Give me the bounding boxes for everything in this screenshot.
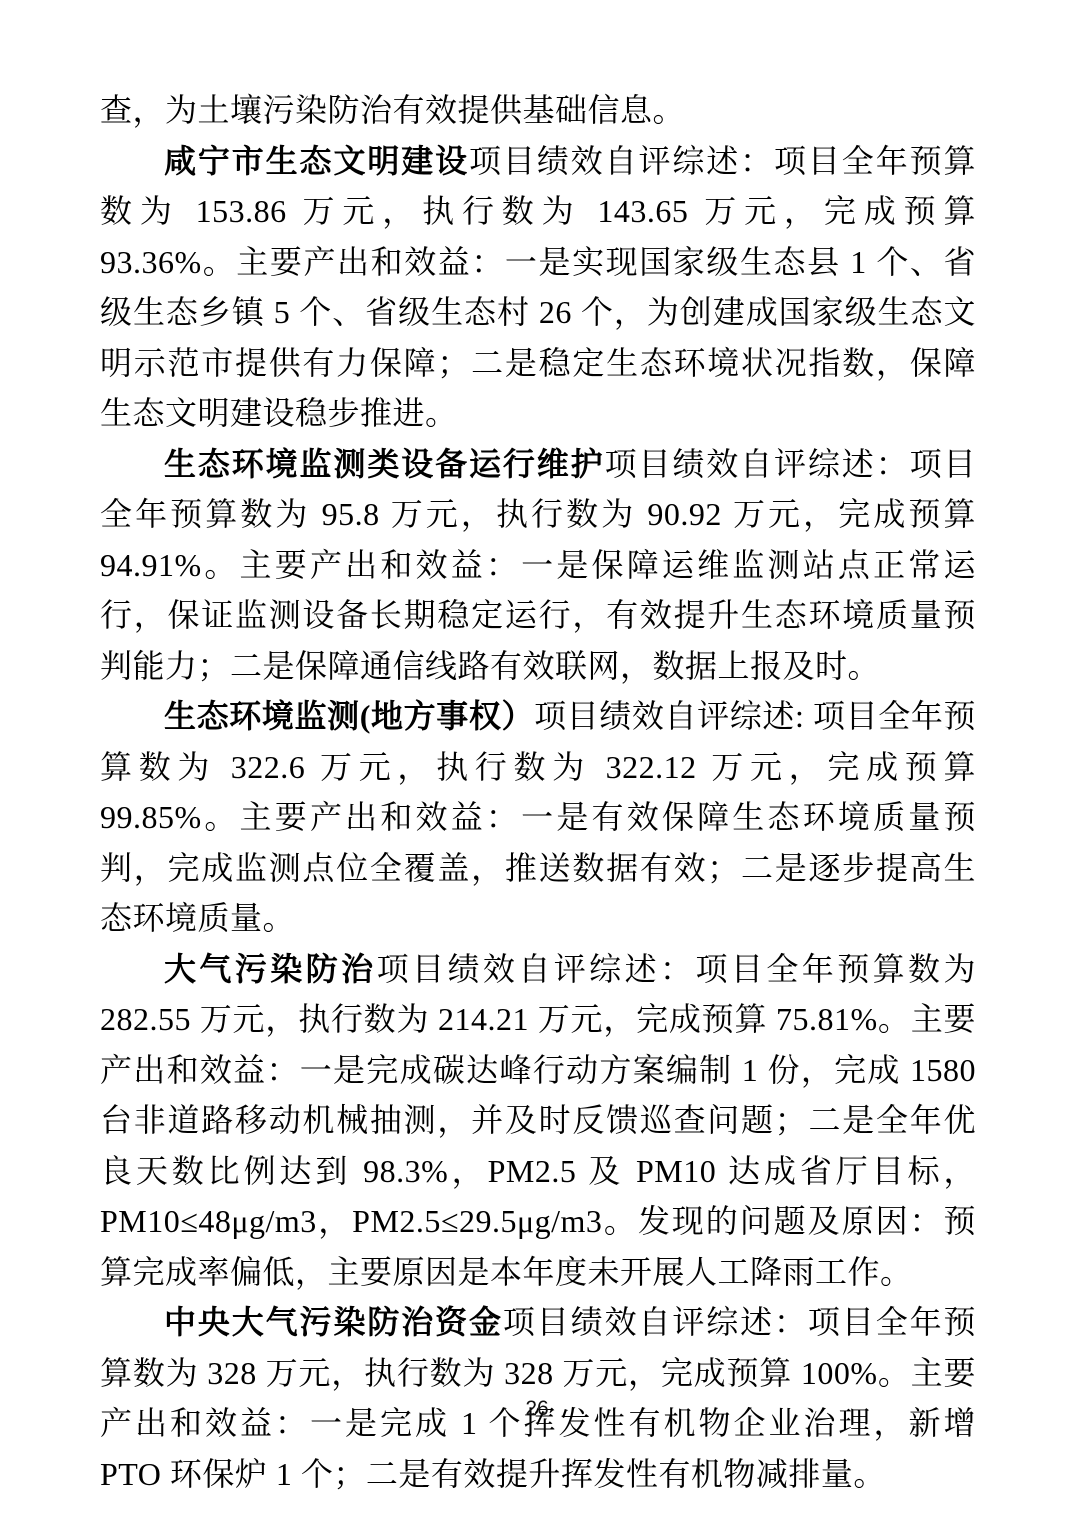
document-page-text: 查，为土壤污染防治有效提供基础信息。 咸宁市生态文明建设项目绩效自评综述：项目全… xyxy=(100,85,976,1499)
paragraph-lead: 大气污染防治 xyxy=(164,951,377,987)
paragraph-lead: 生态环境监测类设备运行维护 xyxy=(164,446,605,482)
paragraph-body: 项目绩效自评综述：项目全年预算数为 282.55 万元，执行数为 214.21 … xyxy=(100,951,976,1290)
paragraph-xianning-ecological-civilization: 咸宁市生态文明建设项目绩效自评综述：项目全年预算数为 153.86 万元，执行数… xyxy=(100,136,976,439)
page-number: 26 xyxy=(0,1397,1074,1421)
paragraph-continuation: 查，为土壤污染防治有效提供基础信息。 xyxy=(100,85,976,136)
paragraph-lead: 咸宁市生态文明建设 xyxy=(164,143,469,179)
paragraph-monitoring-equipment-maintenance: 生态环境监测类设备运行维护项目绩效自评综述：项目全年预算数为 95.8 万元，执… xyxy=(100,439,976,692)
paragraph-body: 项目绩效自评综述：项目全年预算数为 153.86 万元，执行数为 143.65 … xyxy=(100,143,976,432)
paragraph-environment-monitoring-local: 生态环境监测(地方事权）项目绩效自评综述: 项目全年预算数为 322.6 万元，… xyxy=(100,691,976,944)
paragraph-body: 查，为土壤污染防治有效提供基础信息。 xyxy=(100,92,685,128)
paragraph-air-pollution-control: 大气污染防治项目绩效自评综述：项目全年预算数为 282.55 万元，执行数为 2… xyxy=(100,944,976,1298)
paragraph-lead: 中央大气污染防治资金 xyxy=(164,1304,503,1340)
paragraph-lead: 生态环境监测(地方事权） xyxy=(164,698,534,734)
